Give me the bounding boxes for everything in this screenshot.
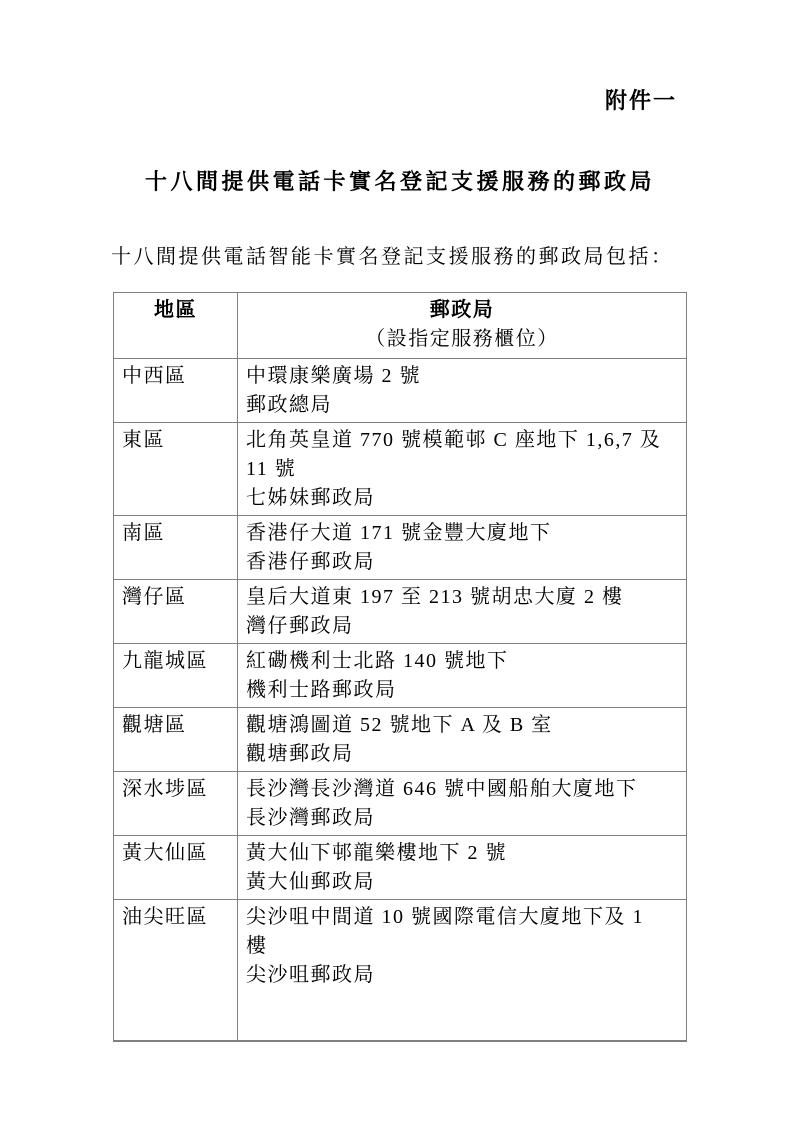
office-cell: 黃大仙下邨龍樂樓地下 2 號 黃大仙郵政局 <box>238 836 687 900</box>
office-address: 觀塘鴻圖道 52 號地下 A 及 B 室 <box>246 711 682 740</box>
office-name: 尖沙咀郵政局 <box>246 961 682 990</box>
district-cell: 中西區 <box>114 359 238 423</box>
column-header-office: 郵政局 （設指定服務櫃位） <box>238 293 687 359</box>
table-row: 深水埗區 長沙灣長沙灣道 646 號中國船舶大廈地下 長沙灣郵政局 <box>114 772 687 836</box>
office-name: 黃大仙郵政局 <box>246 868 682 897</box>
office-cell: 長沙灣長沙灣道 646 號中國船舶大廈地下 長沙灣郵政局 <box>238 772 687 836</box>
district-cell: 深水埗區 <box>114 772 238 836</box>
table-row: 灣仔區 皇后大道東 197 至 213 號胡忠大廈 2 樓 灣仔郵政局 <box>114 580 687 644</box>
office-name: 灣仔郵政局 <box>246 612 682 641</box>
district-cell: 灣仔區 <box>114 580 238 644</box>
office-cell: 尖沙咀中間道 10 號國際電信大廈地下及 1 樓 尖沙咀郵政局 <box>238 900 687 1042</box>
office-cell: 香港仔大道 171 號金豐大廈地下 香港仔郵政局 <box>238 516 687 580</box>
office-address: 中環康樂廣場 2 號 <box>246 362 682 391</box>
office-cell: 觀塘鴻圖道 52 號地下 A 及 B 室 觀塘郵政局 <box>238 708 687 772</box>
column-header-district: 地區 <box>114 293 238 359</box>
column-header-office-note: （設指定服務櫃位） <box>242 325 682 354</box>
district-cell: 觀塘區 <box>114 708 238 772</box>
office-name: 郵政總局 <box>246 391 682 420</box>
office-cell: 北角英皇道 770 號模範邨 C 座地下 1,6,7 及 11 號 七姊妹郵政局 <box>238 423 687 516</box>
office-address: 長沙灣長沙灣道 646 號中國船舶大廈地下 <box>246 775 682 804</box>
office-name: 香港仔郵政局 <box>246 548 682 577</box>
office-name: 長沙灣郵政局 <box>246 804 682 833</box>
office-name: 觀塘郵政局 <box>246 740 682 769</box>
district-cell: 黃大仙區 <box>114 836 238 900</box>
table-row: 油尖旺區 尖沙咀中間道 10 號國際電信大廈地下及 1 樓 尖沙咀郵政局 <box>114 900 687 1042</box>
page-title: 十八間提供電話卡實名登記支援服務的郵政局 <box>60 166 740 198</box>
column-header-office-label: 郵政局 <box>242 296 682 325</box>
office-address: 黃大仙下邨龍樂樓地下 2 號 <box>246 839 682 868</box>
post-office-table: 地區 郵政局 （設指定服務櫃位） 中西區 中環康樂廣場 2 號 郵政總局 <box>113 292 687 1042</box>
office-cell: 紅磡機利士北路 140 號地下 機利士路郵政局 <box>238 644 687 708</box>
office-address: 皇后大道東 197 至 213 號胡忠大廈 2 樓 <box>246 583 682 612</box>
office-address: 香港仔大道 171 號金豐大廈地下 <box>246 519 682 548</box>
district-cell: 東區 <box>114 423 238 516</box>
office-address: 尖沙咀中間道 10 號國際電信大廈地下及 1 樓 <box>246 903 682 961</box>
document-page: 附件一 十八間提供電話卡實名登記支援服務的郵政局 十八間提供電話智能卡實名登記支… <box>0 86 800 1042</box>
table-row: 中西區 中環康樂廣場 2 號 郵政總局 <box>114 359 687 423</box>
table-row: 南區 香港仔大道 171 號金豐大廈地下 香港仔郵政局 <box>114 516 687 580</box>
office-name: 七姊妹郵政局 <box>246 484 682 513</box>
office-cell: 皇后大道東 197 至 213 號胡忠大廈 2 樓 灣仔郵政局 <box>238 580 687 644</box>
district-cell: 南區 <box>114 516 238 580</box>
table-row: 觀塘區 觀塘鴻圖道 52 號地下 A 及 B 室 觀塘郵政局 <box>114 708 687 772</box>
intro-text: 十八間提供電話智能卡實名登記支援服務的郵政局包括： <box>111 242 700 272</box>
office-address: 北角英皇道 770 號模範邨 C 座地下 1,6,7 及 11 號 <box>246 426 682 484</box>
table-header-row: 地區 郵政局 （設指定服務櫃位） <box>114 293 687 359</box>
office-name: 機利士路郵政局 <box>246 676 682 705</box>
district-cell: 油尖旺區 <box>114 900 238 1042</box>
table-row: 東區 北角英皇道 770 號模範邨 C 座地下 1,6,7 及 11 號 七姊妹… <box>114 423 687 516</box>
annex-label: 附件一 <box>0 86 677 116</box>
district-cell: 九龍城區 <box>114 644 238 708</box>
table-header: 地區 郵政局 （設指定服務櫃位） <box>114 293 687 359</box>
table-row: 九龍城區 紅磡機利士北路 140 號地下 機利士路郵政局 <box>114 644 687 708</box>
table-row: 黃大仙區 黃大仙下邨龍樂樓地下 2 號 黃大仙郵政局 <box>114 836 687 900</box>
office-cell: 中環康樂廣場 2 號 郵政總局 <box>238 359 687 423</box>
office-address: 紅磡機利士北路 140 號地下 <box>246 647 682 676</box>
table-body: 中西區 中環康樂廣場 2 號 郵政總局 東區 北角英皇道 770 號模範邨 C … <box>114 359 687 1042</box>
